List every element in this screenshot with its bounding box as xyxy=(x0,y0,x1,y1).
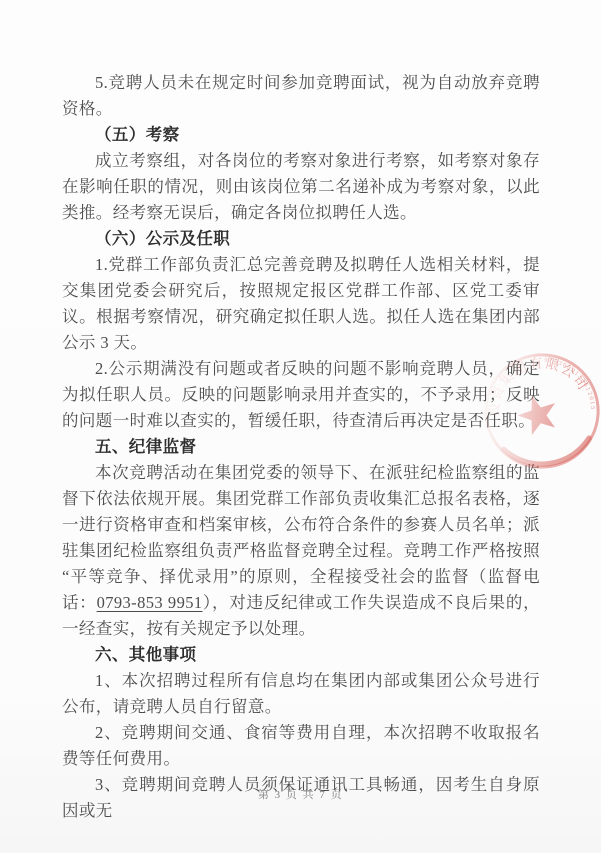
paragraph-gongshi-1: 1.党群工作部负责汇总完善竞聘及拟聘任人选相关材料，提交集团党委会研究后，按照规… xyxy=(62,252,540,356)
paragraph-gongshi-2: 2.公示期满没有问题或者反映的问题不影响竞聘人员，确定为拟任职人员。反映的问题影… xyxy=(62,356,540,434)
paragraph-item-5: 5.竞聘人员未在规定时间参加竞聘面试，视为自动放弃竞聘资格。 xyxy=(62,70,540,122)
paragraph-kaocha-body: 成立考察组，对各岗位的考察对象进行考察，如考察对象存在影响任职的情况，则由该岗位… xyxy=(62,148,540,226)
supervision-phone-number: 0793-853 9951 xyxy=(97,593,203,612)
document-page: 5.竞聘人员未在规定时间参加竞聘面试，视为自动放弃竞聘资格。 （五）考察 成立考… xyxy=(0,0,601,853)
section-heading-jilv-jiandu: 五、纪律监督 xyxy=(62,434,540,460)
jilv-text-before-phone: 本次竞聘活动在集团党委的领导下、在派驻纪检监察组的监督下依法依规开展。集团党群工… xyxy=(62,463,540,612)
official-red-seal-stamp: 投资集团有限公司 9153030133612015 xyxy=(478,336,601,486)
section-heading-gongshi: （六）公示及任职 xyxy=(62,226,540,252)
paragraph-qita-2: 2、竞聘期间交通、食宿等费用自理，本次招聘不收取报名费等任何费用。 xyxy=(62,720,540,772)
paragraph-jilv-jiandu-body: 本次竞聘活动在集团党委的领导下、在派驻纪检监察组的监督下依法依规开展。集团党群工… xyxy=(62,460,540,642)
seal-star-icon xyxy=(513,390,562,438)
section-heading-kaocha: （五）考察 xyxy=(62,122,540,148)
paragraph-qita-1: 1、本次招聘过程所有信息均在集团内部或集团公众号进行公布，请竞聘人员自行留意。 xyxy=(62,668,540,720)
section-heading-qita-shixiang: 六、其他事项 xyxy=(62,642,540,668)
seal-bottom-ink-swoosh xyxy=(504,423,593,476)
page-number-footer: 第 3 页 共 7 页 xyxy=(0,786,601,802)
document-text-block: 5.竞聘人员未在规定时间参加竞聘面试，视为自动放弃竞聘资格。 （五）考察 成立考… xyxy=(62,70,540,824)
